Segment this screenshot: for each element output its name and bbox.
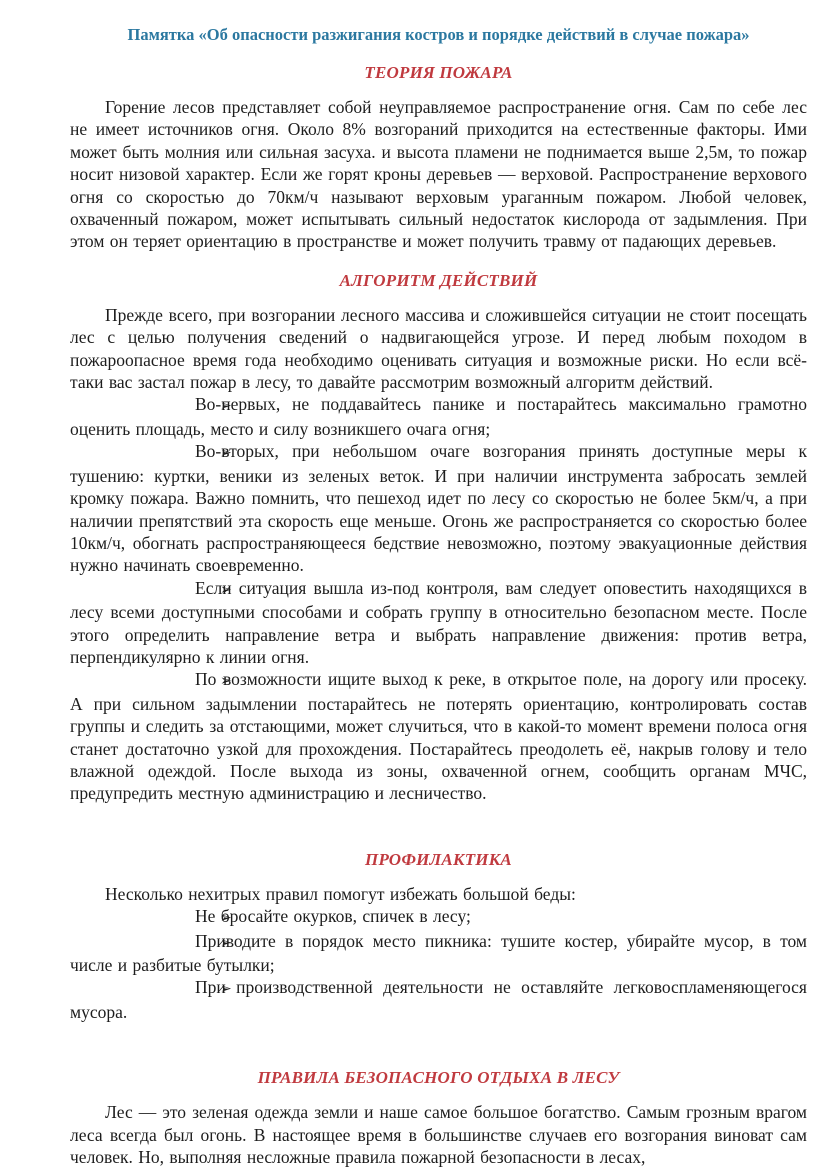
arrow-bullet-icon: ➢ [145, 907, 195, 929]
paragraph-fire-theory: Горение лесов представляет собой неуправ… [70, 96, 807, 253]
list-item: ➢Приводите в порядок место пикника: туши… [70, 930, 807, 977]
document-title: Памятка «Об опасности разжигания костров… [70, 24, 807, 45]
document-page: Памятка «Об опасности разжигания костров… [0, 0, 827, 1170]
section-heading-forest-rest-rules: ПРАВИЛА БЕЗОПАСНОГО ОТДЫХА В ЛЕСУ [70, 1067, 807, 1088]
list-item: ➢Во-первых, не поддавайтесь панике и пос… [70, 393, 807, 440]
arrow-bullet-icon: ➢ [145, 395, 195, 417]
paragraph-prevention-intro: Несколько нехитрых правил помогут избежа… [70, 883, 807, 905]
list-item: ➢Не бросайте окурков, спичек в лесу; [70, 905, 807, 929]
section-heading-prevention: ПРОФИЛАКТИКА [70, 849, 807, 870]
arrow-bullet-icon: ➢ [145, 978, 195, 1000]
list-item: ➢Если ситуация вышла из-под контроля, ва… [70, 577, 807, 669]
section-heading-action-algorithm: АЛГОРИТМ ДЕЙСТВИЙ [70, 270, 807, 291]
list-item: ➢По возможности ищите выход к реке, в от… [70, 668, 807, 804]
arrow-bullet-icon: ➢ [145, 670, 195, 692]
list-item: ➢При производственной деятельности не ос… [70, 976, 807, 1023]
paragraph-action-intro: Прежде всего, при возгорании лесного мас… [70, 304, 807, 394]
list-item: ➢Во-вторых, при небольшом очаге возгоран… [70, 440, 807, 576]
arrow-bullet-icon: ➢ [145, 932, 195, 954]
paragraph-forest-rest: Лес — это зеленая одежда земли и наше са… [70, 1101, 807, 1168]
section-heading-fire-theory: ТЕОРИЯ ПОЖАРА [70, 62, 807, 83]
list-item-text: Не бросайте окурков, спичек в лесу; [195, 906, 471, 926]
arrow-bullet-icon: ➢ [145, 442, 195, 464]
arrow-bullet-icon: ➢ [145, 579, 195, 601]
